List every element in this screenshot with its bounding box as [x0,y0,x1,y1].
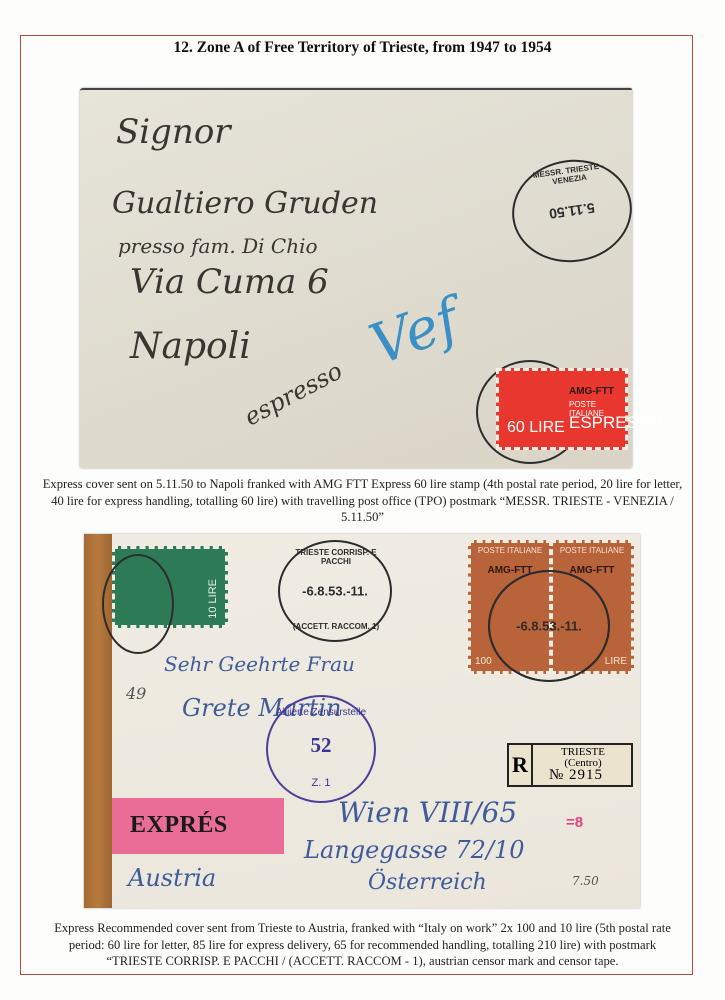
express-label: EXPRÉS [112,798,284,854]
address-line-3: Wien VIII/65 [338,796,517,829]
pencil-mark-49: 49 [126,684,146,703]
address-line-3: presso fam. Di Chio [118,234,318,258]
blue-pencil-mark: Vef [362,287,468,379]
express-stamp-60-lire: AMG-FTT POSTE ITALIANE ESPRESSO 60 LIRE [496,368,628,450]
pink-handstamp: =8 [566,814,583,831]
address-line-4: Langegasse 72/10 [304,836,525,864]
country-note: Austria [128,864,216,892]
address-line-5: Österreich [368,870,487,895]
page-title: 12. Zone A of Free Territory of Trieste,… [0,39,725,57]
registration-label: R TRIESTE(Centro) № 2915 [507,743,633,787]
green-stamp-cancel [102,554,174,654]
postmark-date: -6.8.53.-11. [302,584,368,599]
caption-cover-2: Express Recommended cover sent from Trie… [40,920,685,970]
address-line-2: Gualtiero Gruden [112,186,378,221]
trieste-postmark: TRIESTE CORRISP. E PACCHI -6.8.53.-11. (… [278,540,392,642]
tpo-postmark: MESSR. TRIESTE - VENEZIA 5.11.50 [505,152,638,270]
address-line-4: Via Cuma 6 [130,262,329,302]
address-line-5: Napoli [130,326,251,367]
stamp-cancel-postmark: -6.8.53.-11. [488,570,610,682]
censor-mark: Alliierte Zensurstelle 52 Z. 1 [266,695,376,803]
address-line-1: Signor [116,112,231,152]
address-line-1: Sehr Geehrte Frau [164,652,355,676]
pencil-price: 7.50 [572,874,599,888]
caption-cover-1: Express cover sent on 5.11.50 to Napoli … [40,476,685,526]
expresso-annotation: espresso [240,357,347,432]
registration-number: № 2915 [549,767,603,784]
